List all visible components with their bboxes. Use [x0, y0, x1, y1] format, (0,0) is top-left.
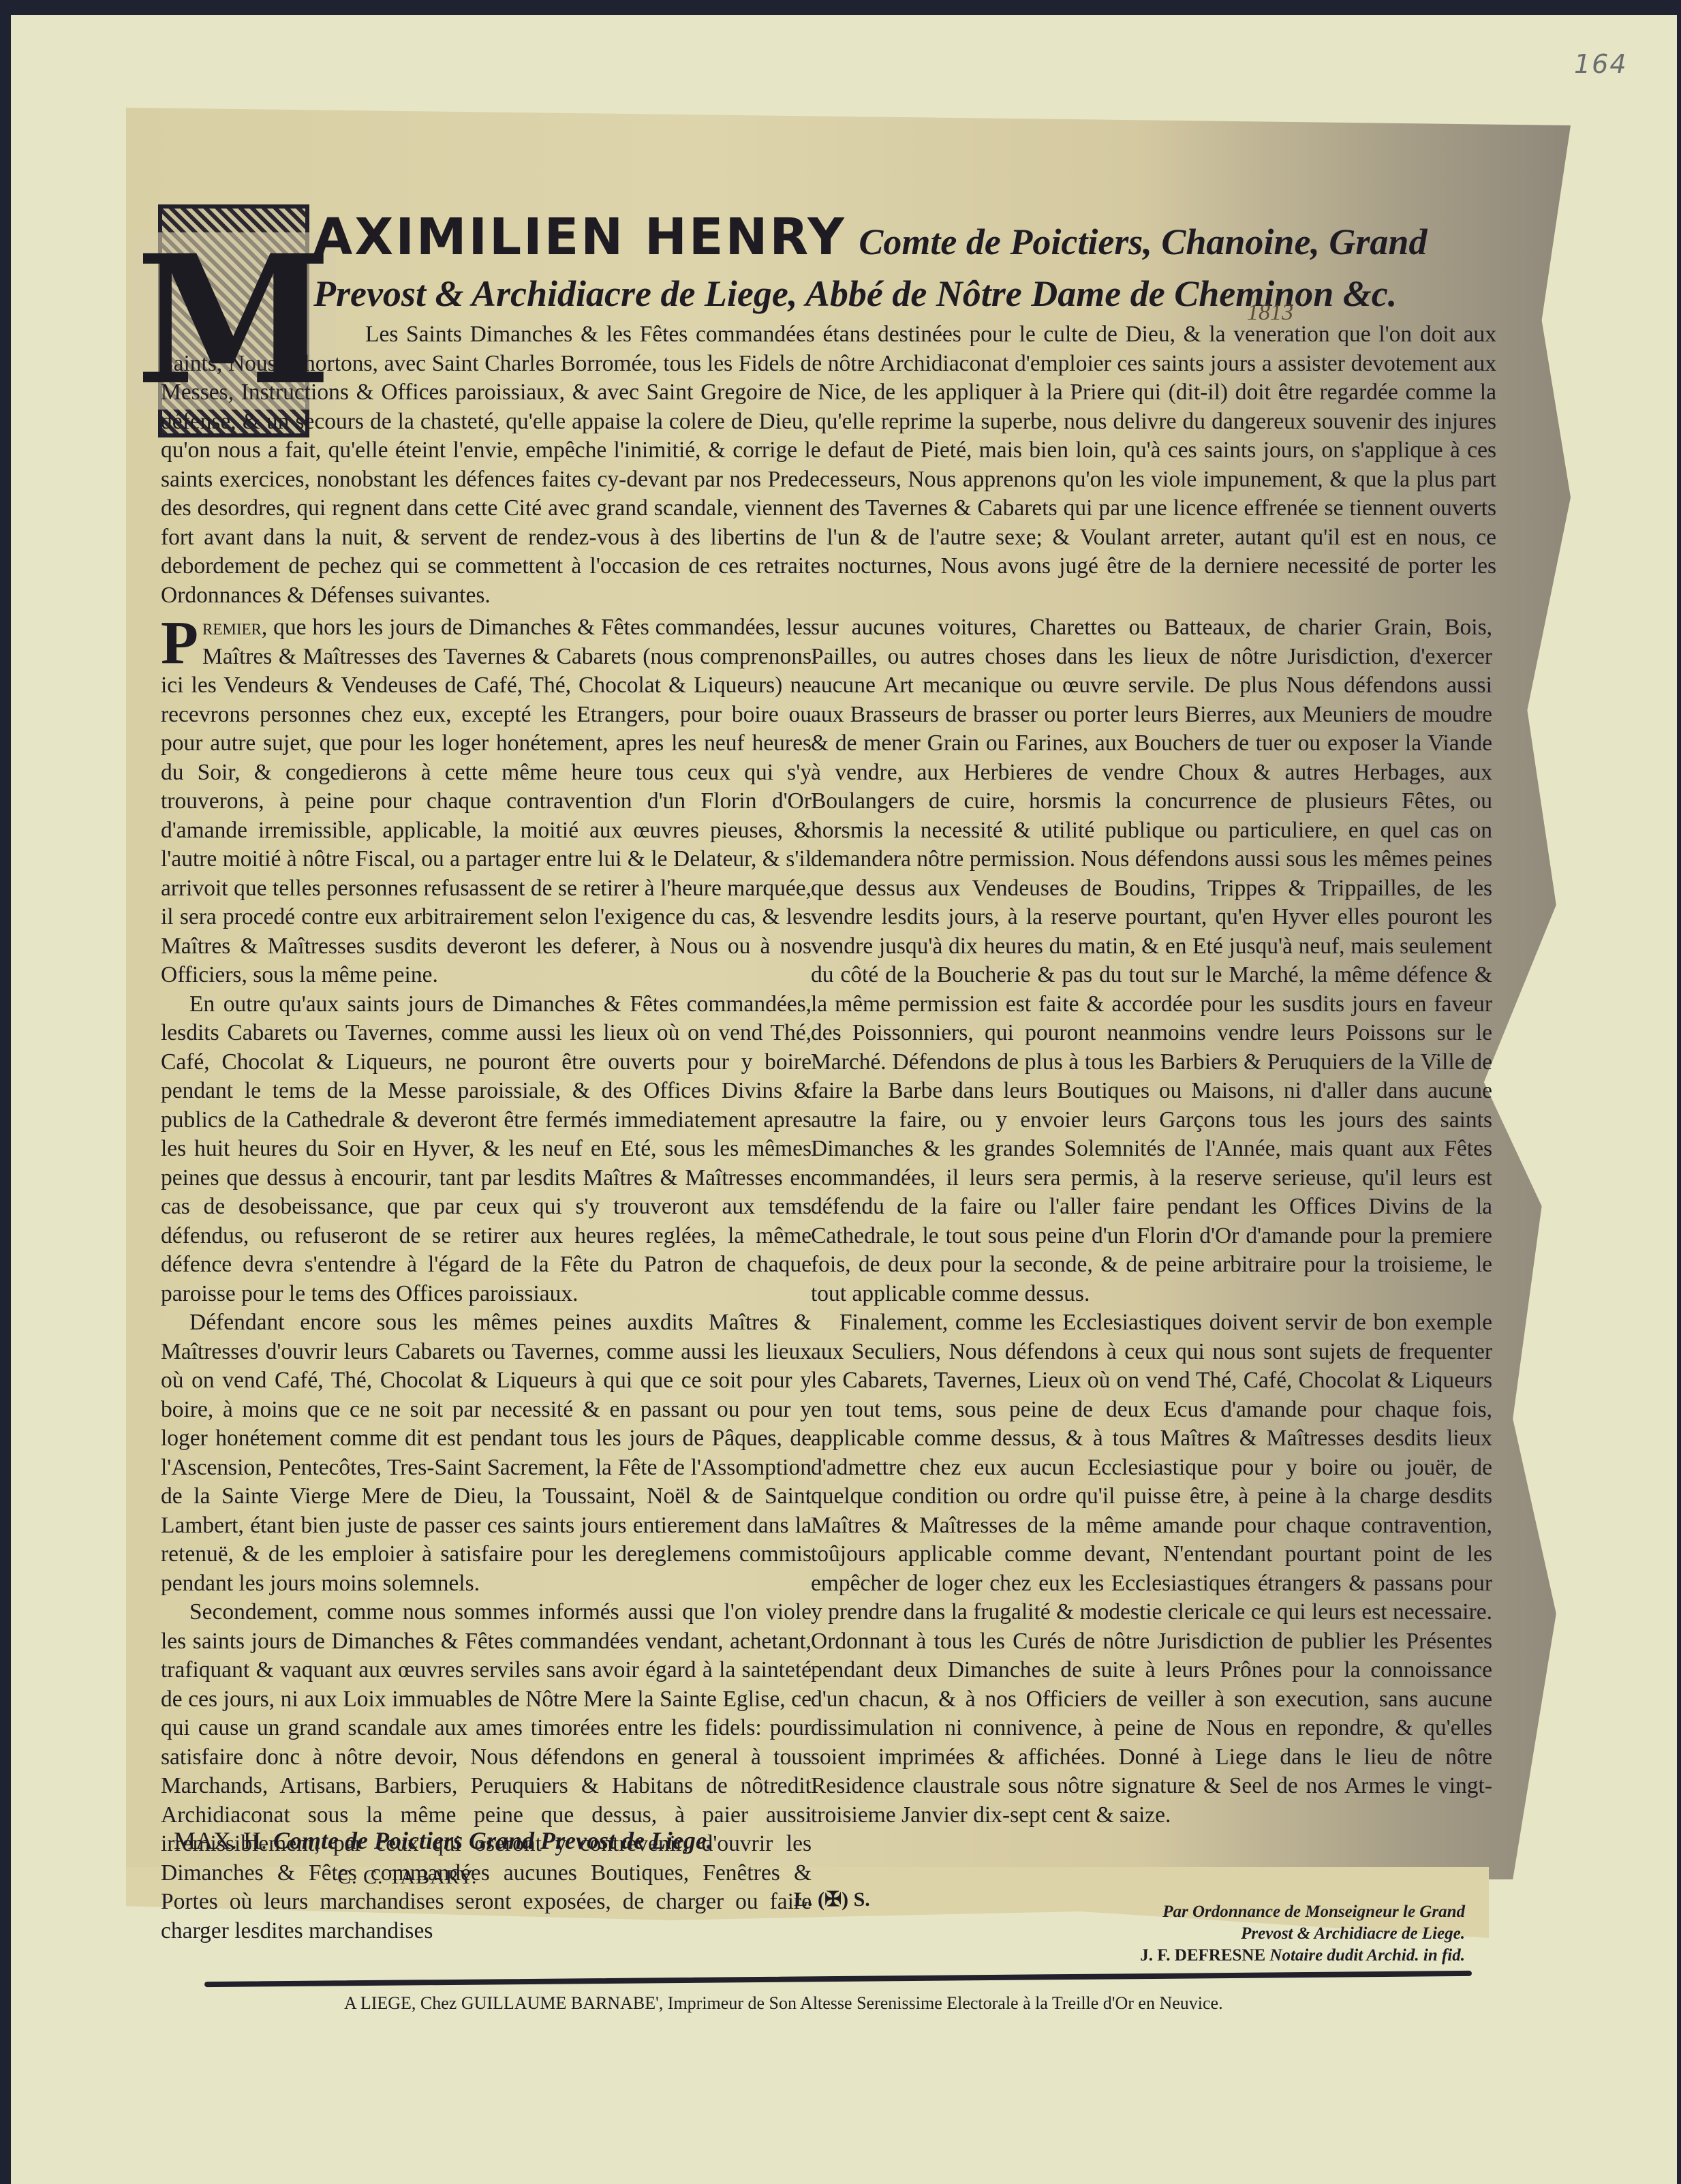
notary-block: Par Ordonnance de Monseigneur le Grand P…	[1124, 1901, 1465, 1967]
title-line-1-rest: Comte de Poictiers, Chanoine, Grand	[859, 221, 1427, 262]
title-line-2: Prevost & Archidiacre de Liege, Abbé de …	[313, 273, 1397, 315]
paragraph-continued: sur aucunes voitures, Charettes ou Batte…	[811, 613, 1492, 1308]
paragraph-text: , que hors les jours de Dimanches & Fête…	[161, 615, 812, 987]
folio-number: 164	[1574, 49, 1628, 79]
preamble: Les Saints Dimanches & les Fêtes command…	[161, 320, 1496, 610]
printer-imprint: A LIEGE, Chez GUILLAUME BARNABE', Imprim…	[344, 1993, 1223, 2014]
signature-name: MAX. H.	[174, 1827, 267, 1854]
initial-letter: P	[161, 616, 198, 671]
notary-line-3: J. F. DEFRESNE Notaire dudit Archid. in …	[1124, 1945, 1465, 1967]
scan-border-left	[0, 0, 11, 2184]
signature-tabary: C. C. TABARY.	[337, 1866, 477, 1889]
small-caps-word: remier	[202, 615, 262, 640]
paragraph-finalement: Finalement, comme les Ecclesiastiques do…	[811, 1308, 1492, 1830]
preamble-text: Les Saints Dimanches & les Fêtes command…	[161, 320, 1496, 610]
title-line-1: AXIMILIEN HENRY Comte de Poictiers, Chan…	[313, 208, 1427, 267]
right-column: sur aucunes voitures, Charettes ou Batte…	[811, 613, 1492, 1830]
notary-line-1: Par Ordonnance de Monseigneur le Grand	[1124, 1901, 1465, 1923]
title-name: AXIMILIEN HENRY	[313, 208, 846, 266]
seal-mark: L. (✠) S.	[794, 1888, 870, 1911]
notary-line-2: Prevost & Archidiacre de Liege.	[1124, 1923, 1465, 1945]
signature-maximilien: MAX. H. Comte de Poictiers Grand Prevost…	[174, 1826, 713, 1855]
scan-border-right	[1677, 0, 1681, 2184]
scan-border-top	[0, 0, 1681, 15]
paragraph-en-outre: En outre qu'aux saints jours de Dimanche…	[161, 990, 812, 1309]
paragraph-premier: Premier, que hors les jours de Dimanches…	[161, 613, 812, 990]
left-column: Premier, que hors les jours de Dimanches…	[161, 613, 812, 1945]
notary-role: Notaire dudit Archid. in fid.	[1269, 1946, 1465, 1965]
paragraph-secondement: Secondement, comme nous sommes informés …	[161, 1598, 812, 1945]
notary-name: J. F. DEFRESNE	[1140, 1946, 1265, 1965]
signature-title: Comte de Poictiers Grand Prevost de Lieg…	[273, 1827, 713, 1854]
paragraph-defendant: Défendant encore sous les mêmes peines a…	[161, 1308, 812, 1598]
